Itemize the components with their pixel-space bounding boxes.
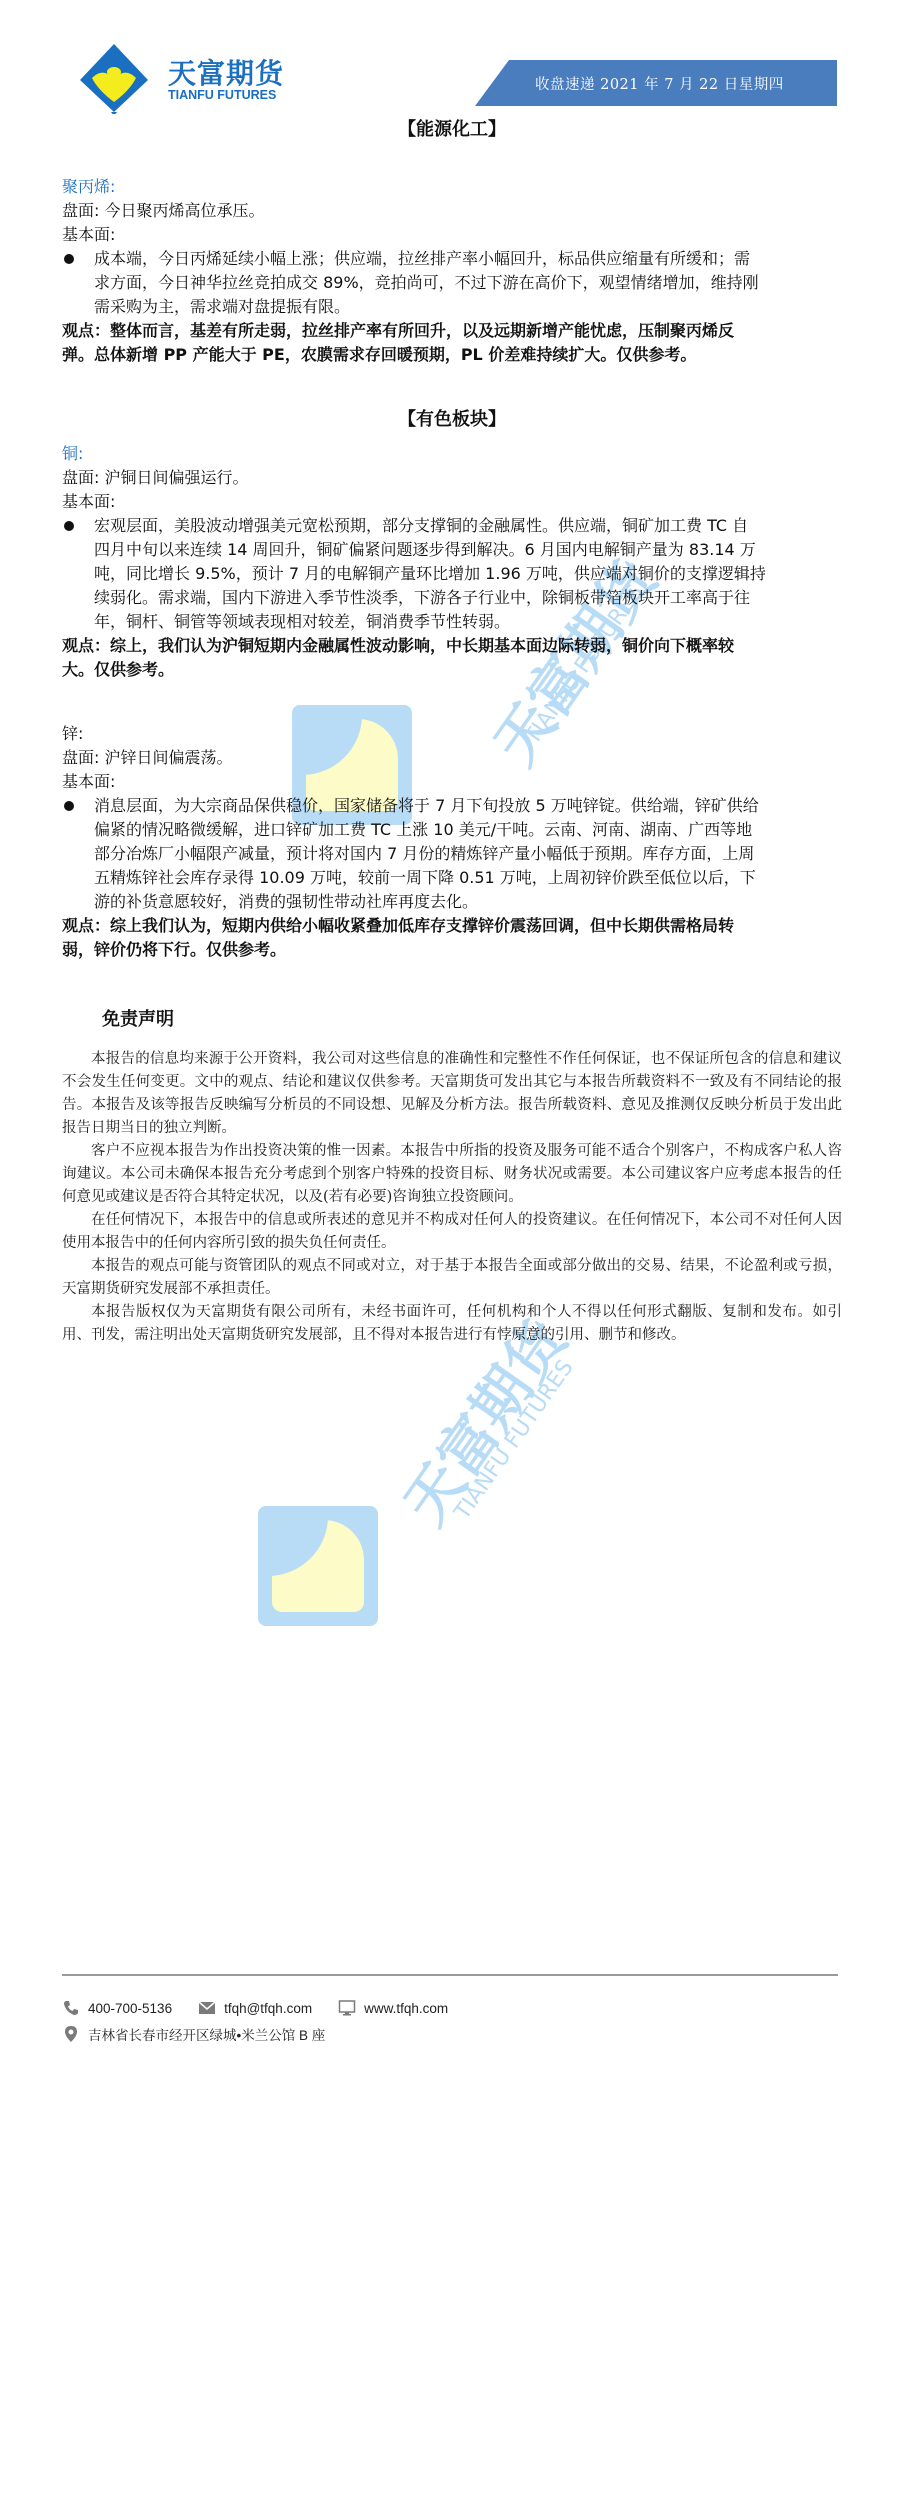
bullet-line: 五精炼锌社会库存录得 10.09 万吨，较前一周下降 0.51 万吨，上周初锌价… <box>94 866 842 890</box>
footer-website: www.tfqh.com <box>338 1999 448 2017</box>
product-copper: 铜: 盘面: 沪铜日间偏强运行。 基本面: 宏观层面，美股波动增强美元宽松预期，… <box>62 442 842 682</box>
disclaimer-paragraph: 本报告版权仅为天富期货有限公司所有，未经书面许可，任何机构和个人不得以任何形式翻… <box>62 1301 842 1347</box>
report-page: 天富期货 TIANFU FUTURES 天富期货 TIANFU FUTURES … <box>0 0 900 2494</box>
bullet-line: 偏紧的情况略微缓解，进口锌矿加工费 TC 上涨 10 美元/干吨。云南、河南、湖… <box>94 818 842 842</box>
market-line: 盘面: 今日聚丙烯高位承压。 <box>62 199 842 223</box>
bullet-icon <box>64 801 74 811</box>
fundamentals-label: 基本面: <box>62 223 842 247</box>
phone-icon <box>62 1999 80 2017</box>
section-title-nonferrous: 【有色板块】 <box>62 408 842 432</box>
tianfu-logo-icon <box>78 42 150 114</box>
contact-footer: 400-700-5136 tfqh@tfqh.com www.tfqh.com … <box>62 1995 838 2047</box>
bullet-line: 吨，同比增长 9.5%，预计 7 月的电解铜产量环比增加 1.96 万吨，供应端… <box>94 562 842 586</box>
website-link[interactable]: www.tfqh.com <box>364 2001 448 2016</box>
bullet-line: 需采购为主，需求端对盘提振有限。 <box>94 295 842 319</box>
view-line: 观点：整体而言，基差有所走弱，拉丝排产率有所回升，以及远期新增产能忧虑，压制聚丙… <box>62 319 842 343</box>
logo-en-text: TIANFU FUTURES <box>168 88 276 102</box>
view-line: 观点：综上，我们认为沪铜短期内金融属性波动影响，中长期基本面边际转弱，铜价向下概… <box>62 634 842 658</box>
bullet-line: 续弱化。需求端，国内下游进入季节性淡季，下游各子行业中，除铜板带箔板块开工率高于… <box>94 586 842 610</box>
disclaimer-paragraph: 在任何情况下，本报告中的信息或所表述的意见并不构成对任何人的投资建议。在任何情况… <box>62 1209 842 1255</box>
product-polypropylene: 聚丙烯: 盘面: 今日聚丙烯高位承压。 基本面: 成本端，今日丙烯延续小幅上涨；… <box>62 175 842 367</box>
disclaimer-paragraph: 客户不应视本报告为作出投资决策的惟一因素。本报告中所指的投资及服务可能不适合个别… <box>62 1140 842 1209</box>
view-line: 弱，锌价仍将下行。仅供参考。 <box>62 938 842 962</box>
logo-cn-text: 天富期货 <box>168 52 284 92</box>
market-label: 盘面: <box>62 201 99 220</box>
watermark-logo-icon <box>258 1506 378 1626</box>
view-paragraph: 观点：综上，我们认为沪铜短期内金融属性波动影响，中长期基本面边际转弱，铜价向下概… <box>62 634 842 682</box>
market-text: 今日聚丙烯高位承压。 <box>105 201 265 220</box>
fundamentals-label: 基本面: <box>62 490 842 514</box>
email-address[interactable]: tfqh@tfqh.com <box>224 2001 312 2016</box>
location-pin-icon <box>62 2025 80 2043</box>
monitor-icon <box>338 1999 356 2017</box>
market-line: 盘面: 沪锌日间偏震荡。 <box>62 746 842 770</box>
footer-divider <box>62 1974 838 1976</box>
fundamentals-label: 基本面: <box>62 770 842 794</box>
bullet-line: 宏观层面，美股波动增强美元宽松预期，部分支撑铜的金融属性。供应端，铜矿加工费 T… <box>94 514 842 538</box>
address-text: 吉林省长春市经开区绿城•米兰公馆 B 座 <box>88 2024 325 2044</box>
product-name: 铜: <box>62 442 842 466</box>
market-text: 沪铜日间偏强运行。 <box>105 468 249 487</box>
bullet-line: 成本端，今日丙烯延续小幅上涨；供应端，拉丝排产率小幅回升，标品供应缩量有所缓和；… <box>94 247 842 271</box>
mail-icon <box>198 1999 216 2017</box>
bullet-icon <box>64 521 74 531</box>
banner-date-text: 收盘速递 2021 年 7 月 22 日星期四 <box>535 73 784 94</box>
product-name: 锌: <box>62 722 842 746</box>
view-line: 弹。总体新增 PP 产能大于 PE，农膜需求存回暖预期，PL 价差难持续扩大。仅… <box>62 343 842 367</box>
footer-phone: 400-700-5136 <box>62 1999 172 2017</box>
view-line: 大。仅供参考。 <box>62 658 842 682</box>
fundamentals-bullet: 成本端，今日丙烯延续小幅上涨；供应端，拉丝排产率小幅回升，标品供应缩量有所缓和；… <box>62 247 842 319</box>
disclaimer-body: 本报告的信息均来源于公开资料，我公司对这些信息的准确性和完整性不作任何保证，也不… <box>62 1048 842 1347</box>
market-text: 沪锌日间偏震荡。 <box>105 748 233 767</box>
phone-number: 400-700-5136 <box>88 2001 172 2016</box>
report-header: 天富期货 TIANFU FUTURES 收盘速递 2021 年 7 月 22 日… <box>0 0 900 130</box>
disclaimer-title: 免责声明 <box>102 1008 174 1032</box>
disclaimer-paragraph: 本报告的观点可能与资管团队的观点不同或对立，对于基于本报告全面或部分做出的交易、… <box>62 1255 842 1301</box>
footer-email: tfqh@tfqh.com <box>198 1999 312 2017</box>
disclaimer-paragraph: 本报告的信息均来源于公开资料，我公司对这些信息的准确性和完整性不作任何保证，也不… <box>62 1048 842 1140</box>
section-title-energy-chemical: 【能源化工】 <box>62 118 842 142</box>
view-line: 观点：综上我们认为，短期内供给小幅收紧叠加低库存支撑锌价震荡回调，但中长期供需格… <box>62 914 842 938</box>
bullet-line: 消息层面，为大宗商品保供稳价，国家储备将于 7 月下旬投放 5 万吨锌锭。供给端… <box>94 794 842 818</box>
watermark-text-en: TIANFU FUTURES <box>450 1355 579 1524</box>
bullet-line: 游的补货意愿较好，消费的强韧性带动社库再度去化。 <box>94 890 842 914</box>
fundamentals-bullet: 消息层面，为大宗商品保供稳价，国家储备将于 7 月下旬投放 5 万吨锌锭。供给端… <box>62 794 842 914</box>
market-label: 盘面: <box>62 468 99 487</box>
company-logo: 天富期货 TIANFU FUTURES <box>78 42 308 114</box>
footer-address: 吉林省长春市经开区绿城•米兰公馆 B 座 <box>62 2024 325 2044</box>
product-zinc: 锌: 盘面: 沪锌日间偏震荡。 基本面: 消息层面，为大宗商品保供稳价，国家储备… <box>62 722 842 962</box>
date-banner: 收盘速递 2021 年 7 月 22 日星期四 <box>475 60 837 106</box>
bullet-line: 求方面，今日神华拉丝竞拍成交 89%，竞拍尚可，不过下游在高价下，观望情绪增加，… <box>94 271 842 295</box>
view-paragraph: 观点：整体而言，基差有所走弱，拉丝排产率有所回升，以及远期新增产能忧虑，压制聚丙… <box>62 319 842 367</box>
bullet-line: 部分冶炼厂小幅限产减量，预计将对国内 7 月份的精炼锌产量小幅低于预期。库存方面… <box>94 842 842 866</box>
view-paragraph: 观点：综上我们认为，短期内供给小幅收紧叠加低库存支撑锌价震荡回调，但中长期供需格… <box>62 914 842 962</box>
bullet-icon <box>64 254 74 264</box>
market-label: 盘面: <box>62 748 99 767</box>
market-line: 盘面: 沪铜日间偏强运行。 <box>62 466 842 490</box>
bullet-line: 年，铜杆、铜管等领域表现相对较差，铜消费季节性转弱。 <box>94 610 842 634</box>
fundamentals-bullet: 宏观层面，美股波动增强美元宽松预期，部分支撑铜的金融属性。供应端，铜矿加工费 T… <box>62 514 842 634</box>
product-name: 聚丙烯: <box>62 175 842 199</box>
bullet-line: 四月中旬以来连续 14 周回升，铜矿偏紧问题逐步得到解决。6 月国内电解铜产量为… <box>94 538 842 562</box>
